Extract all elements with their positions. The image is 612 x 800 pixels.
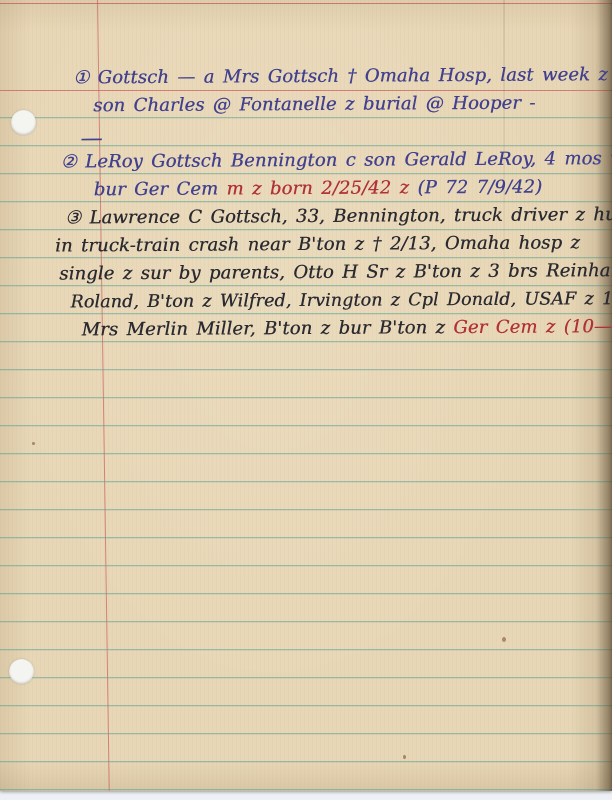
- handwritten-text-red-annotation: m z born 2/25/42 z: [226, 177, 417, 199]
- entry1-dash: —: [80, 127, 102, 151]
- notebook-paper: ① Gottsch — a Mrs Gottsch † Omaha Hosp, …: [0, 0, 612, 791]
- handwritten-text: single z sur by parents, Otto H Sr z B't…: [59, 260, 612, 285]
- entry3-line3: single z sur by parents, Otto H Sr z B't…: [59, 259, 612, 287]
- entry1-line1: ① Gottsch — a Mrs Gottsch † Omaha Hosp, …: [73, 63, 608, 90]
- entry2-line2: bur Ger Cem m z born 2/25/42 z (P 72 7/9…: [94, 176, 543, 203]
- handwritten-text: Roland, B'ton z Wilfred, Irvington z Cpl…: [70, 289, 612, 313]
- scanned-notebook-page: ① Gottsch — a Mrs Gottsch † Omaha Hosp, …: [0, 0, 612, 800]
- handwritten-text: —: [80, 126, 102, 151]
- handwritten-text: ③ Lawrence C Gottsch, 33, Bennington, tr…: [65, 204, 612, 228]
- handwritten-text: bur Ger Cem: [94, 178, 227, 200]
- entry3-line5: Mrs Merlin Miller, B'ton z bur B'ton z G…: [82, 315, 612, 343]
- handwritten-text: (P 72 7/9/42): [417, 177, 542, 199]
- entry3-line1: ③ Lawrence C Gottsch, 33, Bennington, tr…: [65, 203, 612, 230]
- handwritten-text-red-annotation: Ger Cem z (10— 44): [453, 316, 612, 338]
- handwritten-text: in truck-train crash near B'ton z † 2/13…: [55, 232, 580, 256]
- entry3-line2: in truck-train crash near B'ton z † 2/13…: [55, 231, 580, 258]
- handwritten-text: son Charles @ Fontanelle z burial @ Hoop…: [93, 93, 535, 117]
- handwritten-text: ② LeRoy Gottsch Bennington c son Gerald …: [61, 148, 612, 173]
- handwritten-text: ① Gottsch — a Mrs Gottsch † Omaha Hosp, …: [73, 64, 608, 88]
- entry2-line1: ② LeRoy Gottsch Bennington c son Gerald …: [60, 147, 612, 175]
- handwritten-text: Mrs Merlin Miller, B'ton z bur B'ton z: [82, 317, 454, 340]
- entry1-line2: son Charles @ Fontanelle z burial @ Hoop…: [93, 92, 535, 119]
- entry3-line4: Roland, B'ton z Wilfred, Irvington z Cpl…: [70, 287, 612, 315]
- handwriting-layer: ① Gottsch — a Mrs Gottsch † Omaha Hosp, …: [0, 0, 612, 793]
